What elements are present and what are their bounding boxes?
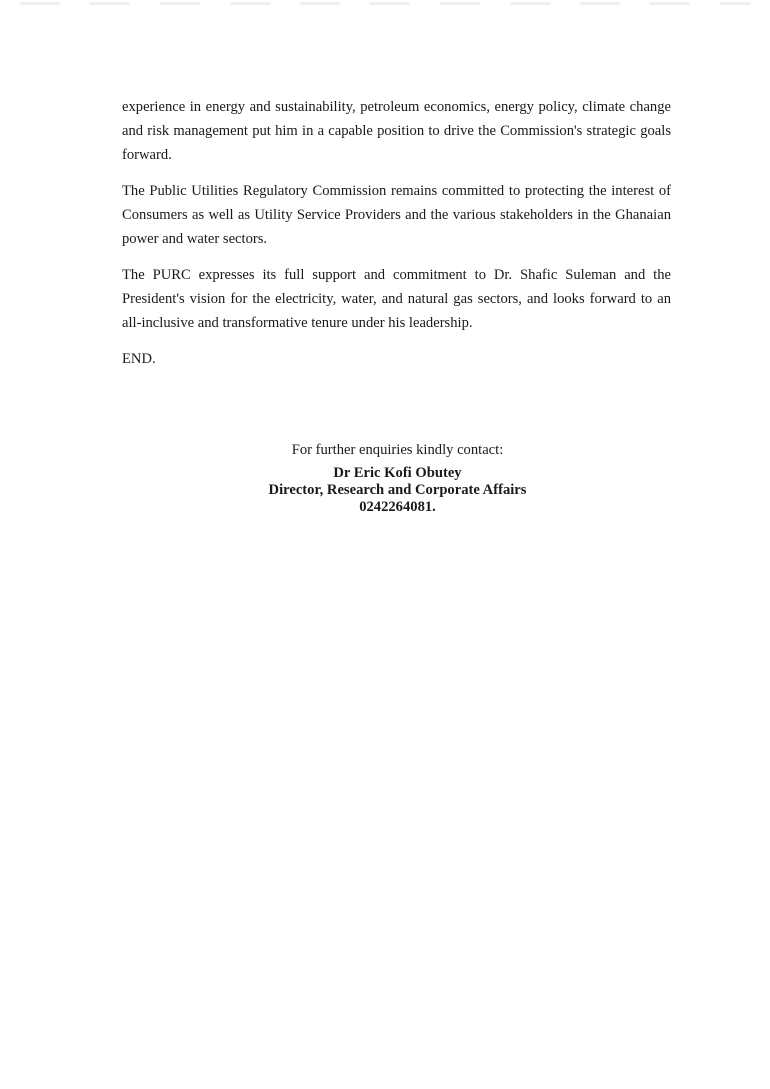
paragraph-experience: experience in energy and sustainability,… <box>122 95 671 167</box>
paragraph-support: The PURC expresses its full support and … <box>122 263 671 335</box>
document-body: experience in energy and sustainability,… <box>122 95 671 383</box>
scan-artifact <box>20 2 750 5</box>
contact-phone: 0242264081. <box>0 499 770 516</box>
contact-title: Director, Research and Corporate Affairs <box>0 482 770 499</box>
end-marker: END. <box>122 347 671 371</box>
document-page: experience in energy and sustainability,… <box>0 0 770 1089</box>
contact-intro: For further enquiries kindly contact: <box>0 440 770 460</box>
contact-block: For further enquiries kindly contact: Dr… <box>0 440 770 516</box>
paragraph-commitment: The Public Utilities Regulatory Commissi… <box>122 179 671 251</box>
contact-name: Dr Eric Kofi Obutey <box>0 465 770 482</box>
